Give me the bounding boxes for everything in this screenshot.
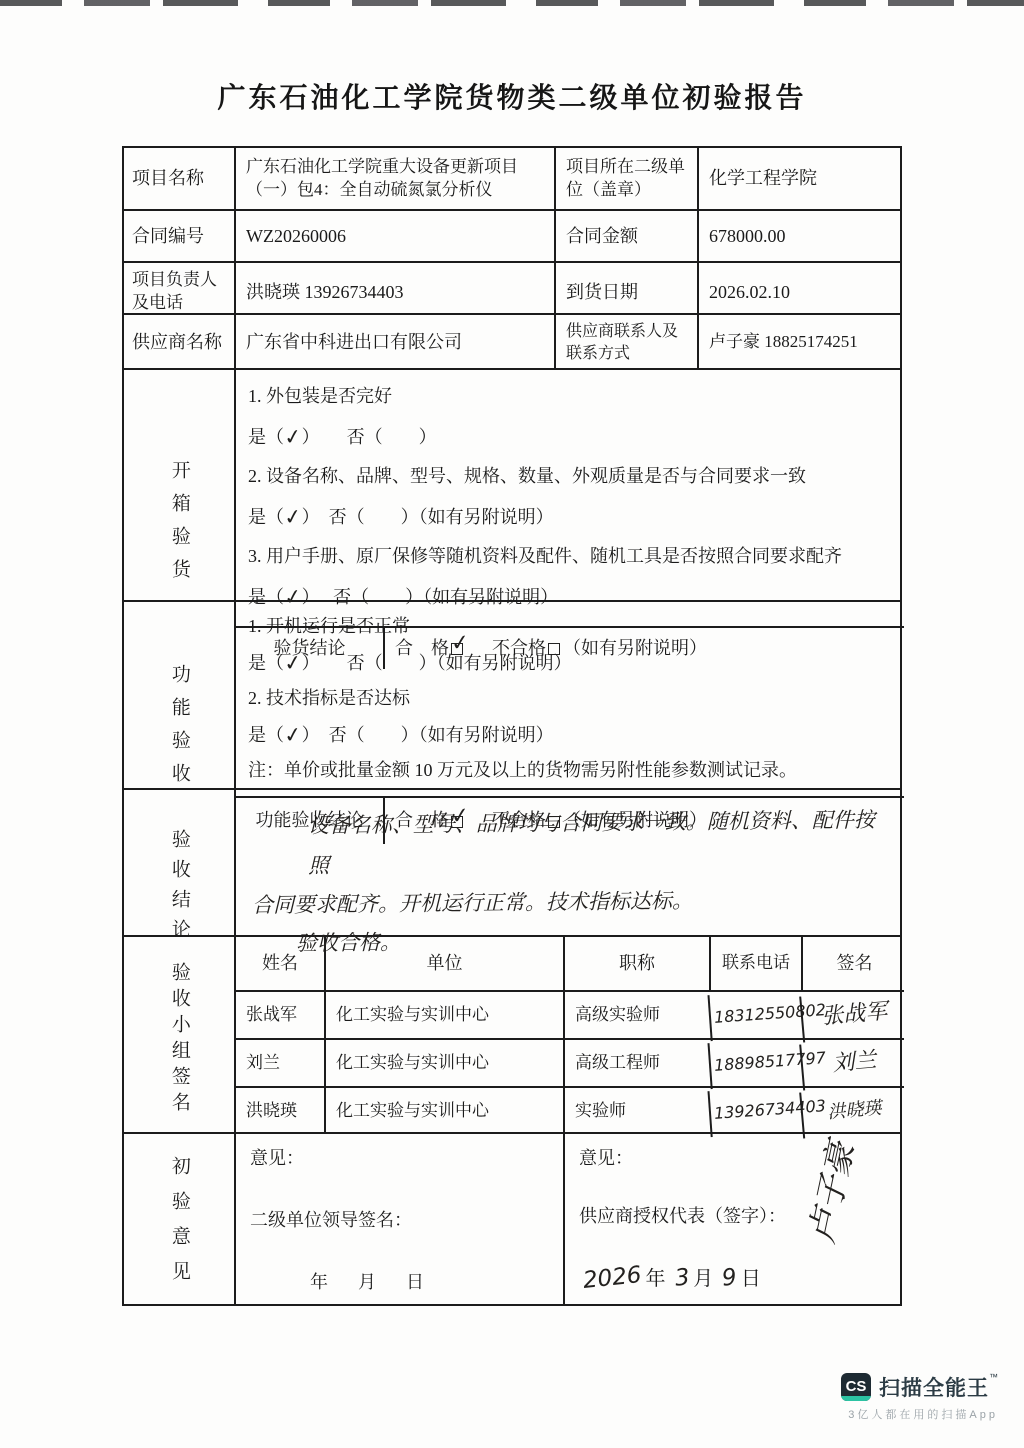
signature-table: 姓名 单位 职称 联系电话 签名 张战军 化工实验与实训中心 高级实验师 183… — [234, 937, 904, 1134]
signed-date-line: 2026年 3月 9日 — [579, 1263, 761, 1294]
pass-checkbox: ✓ — [451, 643, 463, 655]
member-unit: 化工实验与实训中心 — [324, 992, 563, 1038]
answer-1: 是（✓） 否（ ）（如有另附说明） — [248, 643, 892, 682]
unit-label: 项目所在二级单位（盖章） — [554, 148, 697, 209]
acceptance-section: 验收结论 设备名称、型号、品牌均与合同要求一致。随机资料、配件按照 合同要求配齐… — [124, 788, 900, 935]
answer-2: 是（✓） 否（ ）（如有另附说明） — [248, 715, 892, 754]
handwriting-line: 设备名称、型号、品牌均与合同要求一致。随机资料、配件按照 — [252, 801, 889, 887]
member-name: 洪晓瑛 — [236, 1088, 324, 1134]
function-vertical-label: 功能验收 — [166, 650, 192, 796]
table-row: 合同编号 WZ20260006 合同金额 678000.00 — [124, 209, 900, 261]
opinion-section-label: 初验意见 — [124, 1134, 234, 1304]
unpacking-section: 开箱验货 1. 外包装是否完好 是（✓） 否（ ） 2. 设备名称、品牌、型号、… — [124, 368, 900, 600]
camscanner-logo-icon: CS — [841, 1373, 871, 1401]
member-phone-handwritten: 13926734403 — [708, 1085, 803, 1137]
table-row: 项目名称 广东石油化工学院重大设备更新项目（一）包4：全自动硫氮氯分析仪 项目所… — [124, 148, 900, 209]
watermark-brand-row: CS 扫描全能王™ — [841, 1372, 998, 1402]
question-1: 1. 开机运行是否正常 — [248, 610, 892, 643]
project-name-label: 项目名称 — [124, 148, 234, 209]
supplier-signature-handwritten: 卢子豪 — [800, 1139, 866, 1248]
question-3: 3. 用户手册、原厂保修等随机资料及配件、随机工具是否按照合同要求配齐 — [248, 538, 892, 575]
note-line: 注：单价或批量金额 10 万元及以上的货物需另附性能参数测试记录。 — [248, 754, 892, 787]
day-handwritten: 9 — [721, 1262, 739, 1294]
signature-section: 验收小组签名 姓名 单位 职称 联系电话 签名 张战军 化工实验与实训中心 高级… — [124, 935, 900, 1132]
month-handwritten: 3 — [673, 1262, 691, 1294]
handwriting-line: 验收合格。 — [252, 923, 401, 964]
checkmark: ✓ — [281, 495, 304, 540]
member-unit: 化工实验与实训中心 — [324, 1040, 563, 1086]
header-phone: 联系电话 — [709, 937, 801, 990]
camscanner-watermark: CS 扫描全能王™ 3亿人都在用的扫描App — [841, 1372, 998, 1422]
opinion-section: 初验意见 意见： 二级单位领导签名： 年 月 日 意见： 供应商授权代表（签字）… — [124, 1132, 900, 1304]
project-name-value: 广东石油化工学院重大设备更新项目（一）包4：全自动硫氮氯分析仪 — [234, 148, 554, 209]
arrival-date-value: 2026.02.10 — [697, 263, 904, 321]
contract-amount-value: 678000.00 — [697, 211, 904, 261]
opinion-label: 意见： — [250, 1146, 304, 1170]
contract-amount-label: 合同金额 — [554, 211, 697, 261]
page-title: 广东石油化工学院货物类二级单位初验报告 — [0, 76, 1024, 116]
answer-2: 是（✓） 否（ ）（如有另附说明） — [248, 495, 892, 538]
watermark-app-name: 扫描全能王 — [879, 1377, 989, 1400]
handwriting-line: 合同要求配齐。开机运行正常。技术指标达标。 — [252, 881, 693, 926]
member-phone-handwritten: 18898517797 — [708, 1037, 803, 1089]
inspection-form-table: 项目名称 广东石油化工学院重大设备更新项目（一）包4：全自动硫氮氯分析仪 项目所… — [122, 146, 902, 1306]
table-row: 项目负责人及电话 洪晓瑛 13926734403 到货日期 2026.02.10 — [124, 261, 900, 313]
unit-opinion-cell: 意见： 二级单位领导签名： 年 月 日 — [234, 1134, 563, 1304]
checkmark: ✓ — [282, 643, 305, 684]
supplier-name-value: 广东省中科进出口有限公司 — [234, 315, 554, 370]
supplier-opinion-cell: 意见： 供应商授权代表（签字）： 卢子豪 2026年 3月 9日 — [563, 1134, 904, 1304]
unpacking-vertical-label: 开箱验货 — [166, 446, 192, 592]
supplier-contact-label: 供应商联系人及联系方式 — [554, 315, 697, 370]
member-phone-handwritten: 18312550802 — [708, 989, 803, 1041]
member-name: 张战军 — [236, 992, 324, 1038]
signature-row: 刘兰 化工实验与实训中心 高级工程师 18898517797 刘兰 — [236, 1038, 904, 1086]
trademark-symbol: ™ — [989, 1372, 998, 1382]
opinion-label: 意见： — [579, 1146, 633, 1170]
member-title: 实验师 — [563, 1088, 709, 1134]
question-2: 2. 技术指标是否达标 — [248, 682, 892, 715]
contract-no-label: 合同编号 — [124, 211, 234, 261]
unit-value: 化学工程学院 — [697, 148, 904, 209]
member-name: 刘兰 — [236, 1040, 324, 1086]
logo-letters: CS — [846, 1378, 867, 1395]
signature-vertical-label: 验收小组签名 — [166, 954, 192, 1118]
supplier-contact-value: 卢子豪 18825174251 — [697, 315, 904, 370]
signature-row: 洪晓瑛 化工实验与实训中心 实验师 13926734403 洪晓瑛 — [236, 1086, 904, 1134]
arrival-date-label: 到货日期 — [554, 263, 697, 321]
function-questions: 1. 开机运行是否正常 是（✓） 否（ ）（如有另附说明） 2. 技术指标是否达… — [236, 602, 904, 796]
unit-leader-sign-label: 二级单位领导签名： — [250, 1208, 412, 1232]
header-title: 职称 — [563, 937, 709, 990]
member-title: 高级工程师 — [563, 1040, 709, 1086]
function-section: 功能验收 1. 开机运行是否正常 是（✓） 否（ ）（如有另附说明） 2. 技术… — [124, 600, 900, 788]
table-row: 供应商名称 广东省中科进出口有限公司 供应商联系人及联系方式 卢子豪 18825… — [124, 313, 900, 368]
watermark-subtitle: 3亿人都在用的扫描App — [841, 1406, 998, 1422]
member-title: 高级实验师 — [563, 992, 709, 1038]
fail-checkbox — [548, 643, 560, 655]
signature-row: 张战军 化工实验与实训中心 高级实验师 18312550802 张战军 — [236, 990, 904, 1038]
member-signature-handwritten: 洪晓瑛 — [799, 1084, 908, 1139]
supplier-rep-sign-line: 供应商授权代表（签字）： 卢子豪 — [579, 1204, 890, 1228]
answer-1: 是（✓） 否（ ） — [248, 415, 892, 458]
question-2: 2. 设备名称、品牌、型号、规格、数量、外观质量是否与合同要求一致 — [248, 458, 892, 495]
checkbox-tick: ✓ — [449, 628, 470, 659]
member-signature-handwritten: 张战军 — [799, 988, 908, 1043]
project-leader-value: 洪晓瑛 13926734403 — [234, 263, 554, 321]
scanned-document-page: 广东石油化工学院货物类二级单位初验报告 项目名称 广东石油化工学院重大设备更新项… — [0, 0, 1024, 1448]
project-leader-label: 项目负责人及电话 — [124, 263, 234, 321]
opinion-vertical-label: 初验意见 — [166, 1142, 192, 1296]
supplier-name-label: 供应商名称 — [124, 315, 234, 370]
acceptance-vertical-label: 验收结论 — [166, 819, 192, 949]
header-sign: 签名 — [801, 937, 906, 990]
member-signature-handwritten: 刘兰 — [799, 1036, 908, 1091]
year-handwritten: 2026 — [582, 1260, 643, 1297]
member-unit: 化工实验与实训中心 — [324, 1088, 563, 1134]
signature-section-label: 验收小组签名 — [124, 937, 234, 1134]
unpacking-questions: 1. 外包装是否完好 是（✓） 否（ ） 2. 设备名称、品牌、型号、规格、数量… — [236, 370, 904, 626]
checkmark: ✓ — [281, 415, 304, 460]
date-blank-line: 年 月 日 — [250, 1270, 430, 1294]
contract-no-value: WZ20260006 — [234, 211, 554, 261]
checkmark: ✓ — [282, 715, 305, 756]
question-1: 1. 外包装是否完好 — [248, 378, 892, 415]
scan-edge-artifact — [0, 0, 1024, 6]
